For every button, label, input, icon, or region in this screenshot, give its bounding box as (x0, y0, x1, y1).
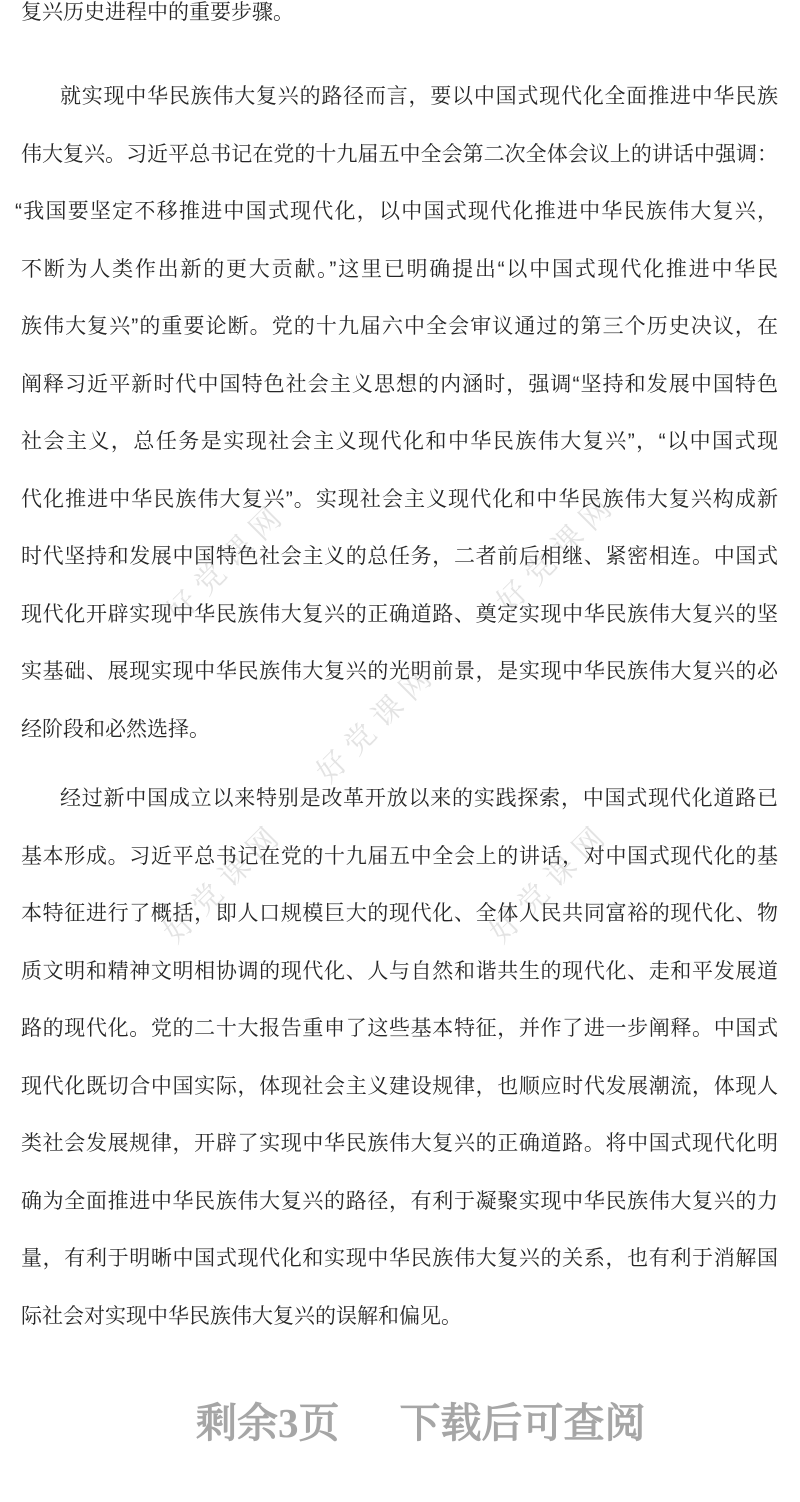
text-line: 量，有利于明晰中国式现代化和实现中华民族伟大复兴的关系，也有利于消解国 (21, 1230, 778, 1288)
text-line: 确为全面推进中华民族伟大复兴的路径，有利于凝聚实现中华民族伟大复兴的力 (21, 1173, 778, 1231)
text-line: “我国要坚定不移推进中国式现代化，以中国式现代化推进中华民族伟大复兴， (15, 183, 778, 241)
text-line: 类社会发展规律，开辟了实现中华民族伟大复兴的正确道路。将中国式现代化明 (21, 1115, 778, 1173)
document-preview-page: 好党课网 好党课网 好党课网 好党课网 好党课网 复兴历史进程中的重要步骤。就实… (0, 0, 800, 1502)
text-line: 社会主义，总任务是实现社会主义现代化和中华民族伟大复兴”，“以中国式现 (21, 413, 778, 471)
text-line: 基本形成。习近平总书记在党的十九届五中全会上的讲话，对中国式现代化的基 (21, 828, 778, 886)
text-line: 质文明和精神文明相协调的现代化、人与自然和谐共生的现代化、走和平发展道 (21, 943, 778, 1001)
text-line: 现代化开辟实现中华民族伟大复兴的正确道路、奠定实现中华民族伟大复兴的坚 (21, 586, 778, 644)
text-line: 复兴历史进程中的重要步骤。 (21, 0, 778, 42)
text-line: 就实现中华民族伟大复兴的路径而言，要以中国式现代化全面推进中华民族 (21, 68, 778, 126)
text-line: 伟大复兴。习近平总书记在党的十九届五中全会第二次全体会议上的讲话中强调： (21, 126, 778, 184)
text-line: 经过新中国成立以来特别是改革开放以来的实践探索，中国式现代化道路已 (21, 770, 778, 828)
text-line: 族伟大复兴”的重要论断。党的十九届六中全会审议通过的第三个历史决议，在 (21, 298, 778, 356)
text-line: 时代坚持和发展中国特色社会主义的总任务，二者前后相继、紧密相连。中国式 (21, 528, 778, 586)
text-line: 现代化既切合中国实际，体现社会主义建设规律，也顺应时代发展潮流，体现人 (21, 1058, 778, 1116)
text-line: 不断为人类作出新的更大贡献。”这里已明确提出“以中国式现代化推进中华民 (21, 241, 778, 299)
text-line: 际社会对实现中华民族伟大复兴的误解和偏见。 (21, 1288, 778, 1346)
text-line: 代化推进中华民族伟大复兴”。实现社会主义现代化和中华民族伟大复兴构成新 (21, 471, 778, 529)
text-line: 经阶段和必然选择。 (21, 701, 778, 759)
text-line: 实基础、展现实现中华民族伟大复兴的光明前景，是实现中华民族伟大复兴的必 (21, 643, 778, 701)
remaining-pages-label: 剩余3页 (196, 1401, 340, 1446)
document-body: 复兴历史进程中的重要步骤。就实现中华民族伟大复兴的路径而言，要以中国式现代化全面… (0, 0, 800, 1502)
download-hint-label: 下载后可查阅 (400, 1401, 646, 1446)
text-line: 路的现代化。党的二十大报告重申了这些基本特征，并作了进一步阐释。中国式 (21, 1000, 778, 1058)
text-line: 阐释习近平新时代中国特色社会主义思想的内涵时，强调“坚持和发展中国特色 (21, 356, 778, 414)
pages-remaining-notice: 剩余3页 下载后可查阅 (196, 1401, 646, 1446)
text-line: 本特征进行了概括，即人口规模巨大的现代化、全体人民共同富裕的现代化、物 (21, 885, 778, 943)
